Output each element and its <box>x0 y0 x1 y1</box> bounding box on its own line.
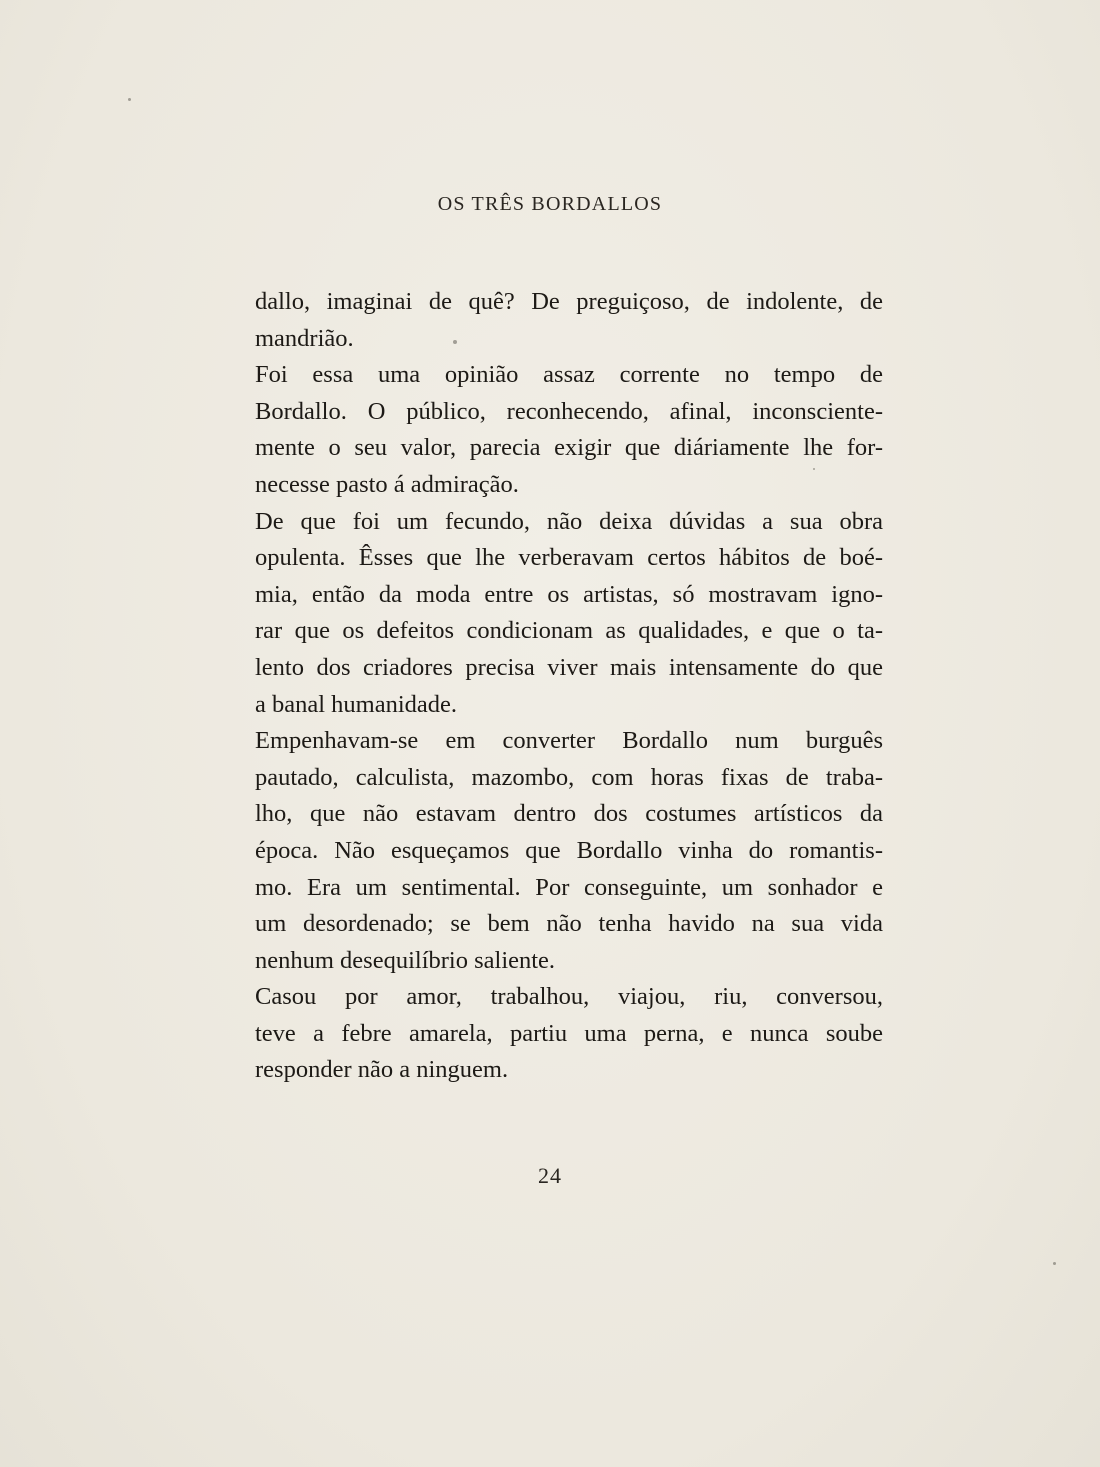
text-line: mo. Era um sentimental. Por conseguinte,… <box>255 870 883 907</box>
line-text: nenhum desequilíbrio saliente. <box>255 947 555 974</box>
text-line: dallo, imaginai de quê? De preguiçoso, d… <box>255 284 883 321</box>
paper-speck <box>1053 1262 1056 1265</box>
line-text: um desordenado; se bem não tenha havido … <box>255 910 883 937</box>
line-text: dallo, imaginai de quê? De preguiçoso, d… <box>255 288 883 315</box>
text-line: mandrião. <box>255 321 883 358</box>
book-page: OS TRÊS BORDALLOS dallo, imaginai de quê… <box>0 0 1100 1467</box>
line-text: lho, que não estavam dentro dos costumes… <box>255 800 883 827</box>
text-line: um desordenado; se bem não tenha havido … <box>255 906 883 943</box>
paper-speck <box>453 340 457 344</box>
line-text: responder não a ninguem. <box>255 1056 508 1083</box>
text-line: rar que os defeitos condicionam as quali… <box>255 613 883 650</box>
line-text: mandrião. <box>255 325 354 352</box>
running-head: OS TRÊS BORDALLOS <box>0 193 1100 216</box>
text-line: época. Não esqueçamos que Bordallo vinha… <box>255 833 883 870</box>
text-line: teve a febre amarela, partiu uma perna, … <box>255 1016 883 1053</box>
line-text: pautado, calculista, mazombo, com horas … <box>255 764 883 791</box>
paper-speck <box>128 98 131 101</box>
line-text: Empenhavam-se em converter Bordallo num … <box>255 727 883 754</box>
page-number: 24 <box>0 1163 1100 1189</box>
paragraph-first-line: Empenhavam-se em converter Bordallo num … <box>255 723 883 760</box>
text-line: opulenta. Êsses que lhe verberavam certo… <box>255 540 883 577</box>
text-line: mente o seu valor, parecia exigir que di… <box>255 430 883 467</box>
line-text: a banal humanidade. <box>255 691 457 718</box>
text-line: pautado, calculista, mazombo, com horas … <box>255 760 883 797</box>
line-text: Bordallo. O público, reconhecendo, afina… <box>255 398 883 425</box>
line-text: teve a febre amarela, partiu uma perna, … <box>255 1020 883 1047</box>
text-line: Bordallo. O público, reconhecendo, afina… <box>255 394 883 431</box>
text-line: a banal humanidade. <box>255 687 883 724</box>
line-text: necesse pasto á admiração. <box>255 471 519 498</box>
line-text: época. Não esqueçamos que Bordallo vinha… <box>255 837 883 864</box>
line-text: Foi essa uma opinião assaz corrente no t… <box>255 361 883 388</box>
line-text: mente o seu valor, parecia exigir que di… <box>255 434 883 461</box>
paragraph-first-line: De que foi um fecundo, não deixa dúvidas… <box>255 504 883 541</box>
text-line: lento dos criadores precisa viver mais i… <box>255 650 883 687</box>
text-line: necesse pasto á admiração. <box>255 467 883 504</box>
text-line: lho, que não estavam dentro dos costumes… <box>255 796 883 833</box>
line-text: Casou por amor, trabalhou, viajou, riu, … <box>255 983 883 1010</box>
paper-speck <box>813 468 815 470</box>
line-text: rar que os defeitos condicionam as quali… <box>255 617 883 644</box>
line-text: lento dos criadores precisa viver mais i… <box>255 654 883 681</box>
text-line: nenhum desequilíbrio saliente. <box>255 943 883 980</box>
line-text: opulenta. Êsses que lhe verberavam certo… <box>255 544 883 571</box>
paragraph-first-line: Foi essa uma opinião assaz corrente no t… <box>255 357 883 394</box>
paragraph-first-line: Casou por amor, trabalhou, viajou, riu, … <box>255 979 883 1016</box>
body-text: dallo, imaginai de quê? De preguiçoso, d… <box>255 284 883 1089</box>
line-text: De que foi um fecundo, não deixa dúvidas… <box>255 508 883 535</box>
text-line: mia, então da moda entre os artistas, só… <box>255 577 883 614</box>
text-line: responder não a ninguem. <box>255 1052 883 1089</box>
line-text: mo. Era um sentimental. Por conseguinte,… <box>255 874 883 901</box>
line-text: mia, então da moda entre os artistas, só… <box>255 581 883 608</box>
